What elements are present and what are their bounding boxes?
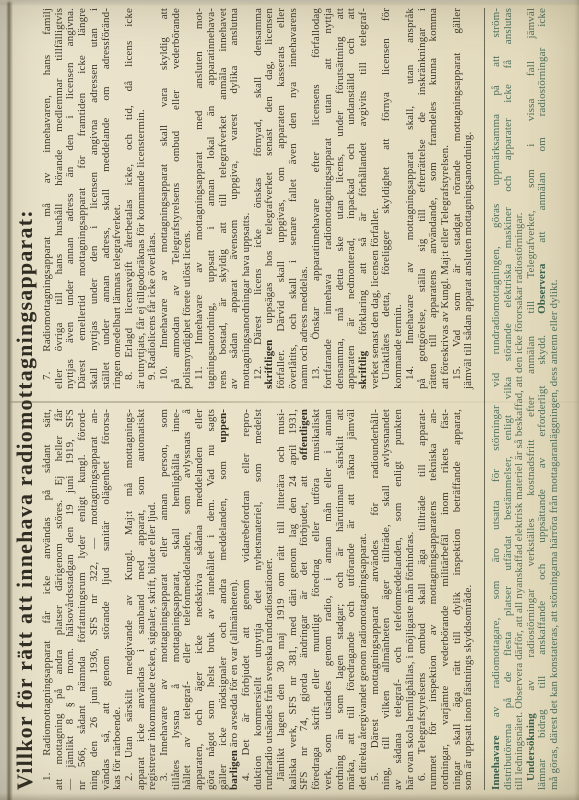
text-line: jämväl till sådan apparat ansluten motta… — [463, 8, 475, 389]
interference-notice: Innehavare av radiomottagare, som äro ut… — [491, 8, 560, 790]
footer-divider-rule — [484, 8, 485, 790]
license-conditions-sheet: Villkor för rätt att innehava radiomotta… — [0, 0, 579, 800]
scanned-license-document: Villkor för rätt att innehava radiomotta… — [0, 0, 579, 800]
document-title: Villkor för rätt att innehava radiomotta… — [12, 8, 38, 790]
conditions-column-right: 7. Radiomottagningsapparat må av innehav… — [42, 8, 475, 389]
text-line: må göras, därest det kan konstateras, at… — [549, 8, 561, 790]
text-line: som är uppsatt inom fästnings skyddsområ… — [463, 409, 475, 790]
conditions-column-left: 1. Radiomottagningsapparat får icke anvä… — [42, 409, 475, 790]
conditions-columns: 1. Radiomottagningsapparat får icke anvä… — [42, 8, 475, 790]
